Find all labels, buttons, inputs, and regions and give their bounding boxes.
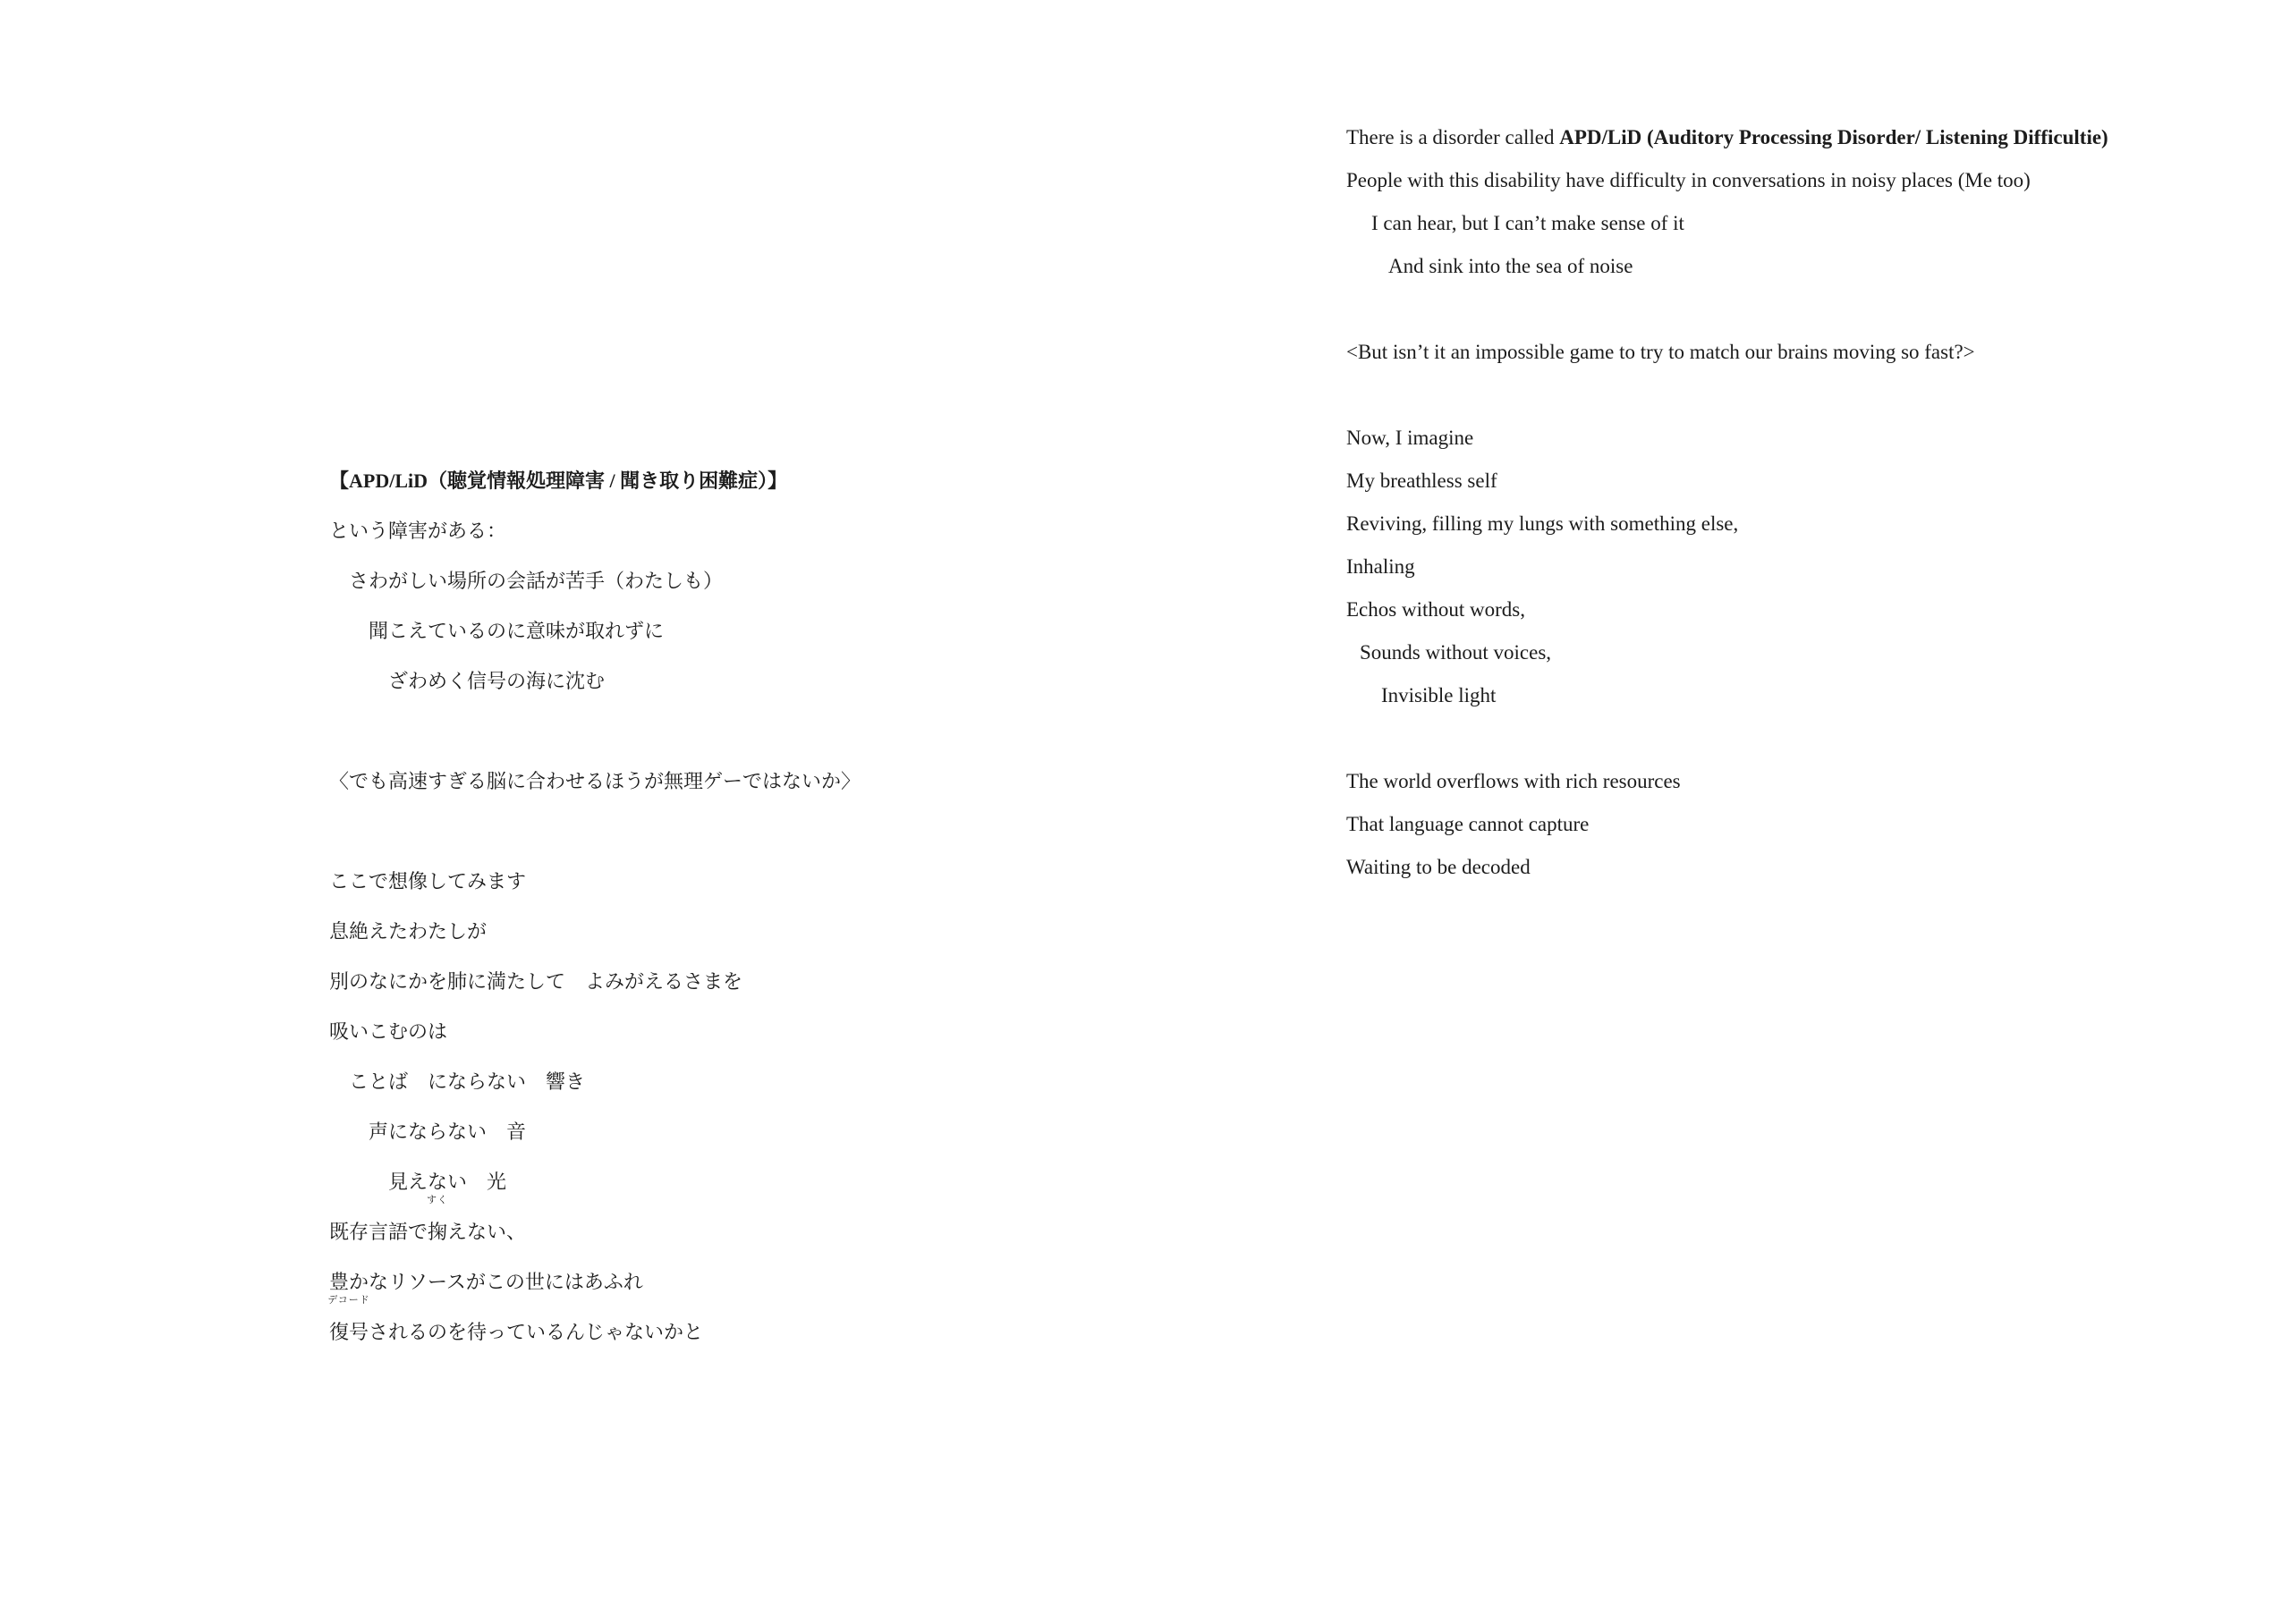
blank-line [1346, 374, 2108, 417]
poem-line: That language cannot capture [1346, 803, 2108, 846]
poem-line: Inhaling [1346, 546, 2108, 588]
poem-line: <But isn’t it an impossible game to try … [1346, 331, 2108, 374]
ruby-annotated-text: すく掬 [428, 1207, 447, 1257]
text-segment: 吸いこむのは [329, 1020, 447, 1043]
text-segment: People with this disability have difficu… [1346, 169, 2031, 191]
text-segment: 別のなにかを肺に満たして よみがえるさまを [329, 970, 742, 993]
text-segment: さわがしい場所の会話が苦手（わたしも） [349, 570, 723, 592]
left-page-japanese-poem: 【APD/LiD（聴覚情報処理障害 / 聞き取り困難症）】という障害がある：さわ… [329, 456, 861, 1358]
poem-line: Waiting to be decoded [1346, 846, 2108, 889]
text-segment: And sink into the sea of noise [1388, 255, 1633, 277]
text-segment: Inhaling [1346, 555, 1415, 578]
text-segment: Echos without words, [1346, 598, 1525, 621]
poem-line: 〈でも高速すぎる脳に合わせるほうが無理ゲーではないか〉 [329, 757, 861, 807]
text-segment: 豊かなリソースがこの世にはあふれ [329, 1271, 643, 1293]
blank-line [1346, 717, 2108, 760]
text-segment: ざわめく信号の海に沈む [388, 670, 605, 692]
text-segment: <But isn’t it an impossible game to try … [1346, 341, 1975, 363]
furigana-label: すく [427, 1196, 448, 1205]
text-segment: Invisible light [1381, 684, 1496, 706]
text-segment: ことば にならない 響き [349, 1070, 585, 1093]
text-segment: ここで想像してみます [329, 870, 526, 892]
poem-line: I can hear, but I can’t make sense of it [1371, 202, 2108, 245]
text-segment: There is a disorder called [1346, 126, 1559, 148]
poem-line: 既存言語ですく掬えない、 [329, 1207, 861, 1257]
text-segment: えない、 [447, 1221, 526, 1243]
poem-line: 声にならない 音 [369, 1107, 861, 1157]
text-segment: Waiting to be decoded [1346, 856, 1531, 878]
poem-line: Invisible light [1381, 674, 2108, 717]
poem-line: 別のなにかを肺に満たして よみがえるさまを [329, 957, 861, 1007]
text-segment: という障害がある： [329, 520, 506, 542]
text-segment: APD/LiD (Auditory Processing Disorder/ L… [1559, 126, 2108, 148]
poem-line: 息絶えたわたしが [329, 907, 861, 957]
poem-line: And sink into the sea of noise [1388, 245, 2108, 288]
poem-line: People with this disability have difficu… [1346, 159, 2108, 202]
text-segment: されるのを待っているんじゃないかと [369, 1321, 703, 1343]
poem-line: There is a disorder called APD/LiD (Audi… [1346, 116, 2108, 159]
text-segment: 息絶えたわたしが [329, 920, 487, 943]
text-segment: That language cannot capture [1346, 813, 1589, 835]
text-segment: 既存言語で [329, 1221, 428, 1243]
poem-line: Now, I imagine [1346, 417, 2108, 460]
blank-line [329, 807, 861, 857]
text-segment: Now, I imagine [1346, 427, 1473, 449]
poem-line: Echos without words, [1346, 588, 2108, 631]
text-segment: 聞こえているのに意味が取れずに [369, 620, 664, 642]
text-segment: 声にならない 音 [369, 1121, 526, 1143]
furigana-label: デコード [327, 1296, 370, 1306]
text-segment: Reviving, filling my lungs with somethin… [1346, 512, 1738, 535]
poem-line: The world overflows with rich resources [1346, 760, 2108, 803]
poem-line: ここで想像してみます [329, 857, 861, 907]
book-spread: 【APD/LiD（聴覚情報処理障害 / 聞き取り困難症）】という障害がある：さわ… [0, 0, 2290, 1624]
poem-line: デコード復号されるのを待っているんじゃないかと [329, 1307, 861, 1358]
text-segment: The world overflows with rich resources [1346, 770, 1681, 792]
blank-line [1346, 288, 2108, 331]
poem-line: Reviving, filling my lungs with somethin… [1346, 503, 2108, 546]
poem-line: ざわめく信号の海に沈む [388, 656, 861, 706]
right-page-english-poem: There is a disorder called APD/LiD (Audi… [1346, 116, 2108, 889]
text-segment: Sounds without voices, [1360, 641, 1551, 664]
poem-line: Sounds without voices, [1360, 631, 2108, 674]
poem-line: という障害がある： [329, 506, 861, 556]
poem-line: 【APD/LiD（聴覚情報処理障害 / 聞き取り困難症）】 [329, 456, 861, 506]
ruby-annotated-text: デコード復号 [329, 1307, 369, 1358]
poem-line: 豊かなリソースがこの世にはあふれ [329, 1257, 861, 1307]
poem-line: 見えない 光 [388, 1157, 861, 1207]
blank-line [329, 706, 861, 757]
text-segment: 見えない 光 [388, 1171, 506, 1193]
text-segment: My breathless self [1346, 469, 1497, 492]
text-segment: 〈でも高速すぎる脳に合わせるほうが無理ゲーではないか〉 [329, 770, 861, 792]
poem-line: 聞こえているのに意味が取れずに [369, 606, 861, 656]
text-segment: I can hear, but I can’t make sense of it [1371, 212, 1684, 234]
text-segment: 【APD/LiD（聴覚情報処理障害 / 聞き取り困難症）】 [329, 469, 787, 492]
poem-line: 吸いこむのは [329, 1007, 861, 1057]
poem-line: さわがしい場所の会話が苦手（わたしも） [349, 556, 861, 606]
poem-line: My breathless self [1346, 460, 2108, 503]
poem-line: ことば にならない 響き [349, 1057, 861, 1107]
